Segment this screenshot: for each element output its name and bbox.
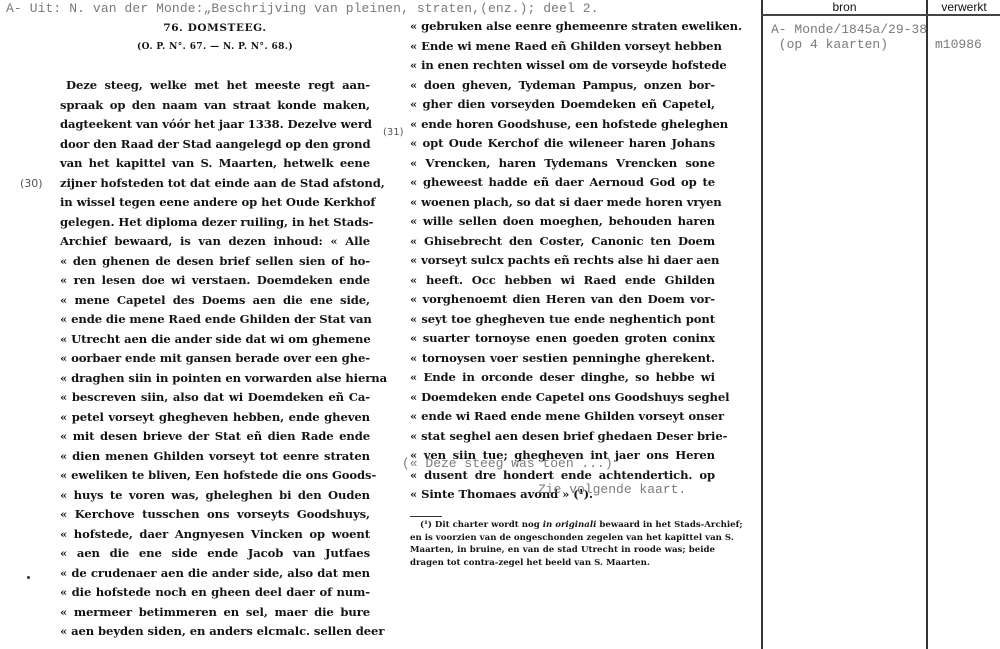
text-line: in wissel tegen eene andere op het Oude … [60, 193, 370, 213]
text-line: « aen die ene side ende Jacob van Jutfae… [60, 544, 370, 564]
text-line: « aen beyden siden, en anders elcmalc. s… [60, 622, 370, 642]
text-line: « Doemdeken ende Capetel ons Goodshuys s… [410, 388, 715, 408]
typed-next-card-note: Zie volgende kaart. [538, 482, 686, 497]
article-title: 76. DOMSTEEG. [60, 22, 370, 35]
text-line: « vorghenoemt dien Heren van den Doem vo… [410, 290, 715, 310]
margin-note-page-30: (30) [20, 177, 43, 190]
text-line: « huys te voren was, gheleghen bi den Ou… [60, 486, 370, 506]
footnote-text: (¹) Dit charter wordt nog [420, 520, 543, 530]
article-subtitle: (O. P. N°. 67. — N. P. N°. 68.) [60, 41, 370, 54]
source-citation: A- Uit: N. van der Monde:„Beschrijving v… [6, 1, 599, 16]
text-line: « draghen siin in pointen en vorwarden a… [60, 369, 370, 389]
footnote-divider [410, 516, 442, 517]
text-line: dagteekent van vóór het jaar 1338. Dezel… [60, 115, 370, 135]
text-line: Deze steeg, welke met het meeste regt aa… [60, 76, 370, 96]
text-line: « suarter tornoyse enen goeden groten co… [410, 329, 715, 349]
text-line: van het kapittel van S. Maarten, hetwelk… [60, 154, 370, 174]
text-line: « mene Capetel des Doems aen die ene sid… [60, 291, 370, 311]
margin-note-page-31: (31) [383, 127, 404, 138]
text-line: « Utrecht aen die ander side dat wi om g… [60, 330, 370, 350]
text-line: « die hofstede noch en gheen deel daer o… [60, 583, 370, 603]
text-line: « dien menen Ghilden vorseyt tot eenre s… [60, 447, 370, 467]
table-border-left [761, 0, 763, 649]
column-header-verwerkt: verwerkt [928, 0, 1000, 14]
text-line: « gheweest hadde eñ daer Aernoud God op … [410, 173, 715, 193]
text-line: « in enen rechten wissel om de vorseyde … [410, 56, 715, 76]
column-header-bron: bron [763, 0, 926, 14]
footnote-line: Maarten, in bruine, en van de stad Utrec… [410, 544, 715, 557]
text-line: « den ghenen de desen brief sellen sien … [60, 252, 370, 272]
text-line: gelegen. Het diploma dezer ruiling, in h… [60, 213, 370, 233]
text-line: « de crudenaer aen die ander side, also … [60, 564, 370, 584]
text-line: « doen gheven, Tydeman Pampus, onzen bor… [410, 76, 715, 96]
text-line: « mermeer betimmeren en sel, maer die bu… [60, 603, 370, 623]
text-line: « mit desen brieve der Stat eñ dien Rade… [60, 427, 370, 447]
text-line: « hofstede, daer Angnyesen Vincken op wo… [60, 525, 370, 545]
text-line: « stat seghel aen desen brief ghedaen De… [410, 427, 715, 447]
text-line: zijner hofsteden tot dat einde aan de St… [60, 174, 370, 194]
text-line: « ende die mene Raed ende Ghilden der St… [60, 310, 370, 330]
text-line: Archief bewaard, is van dezen inhoud: « … [60, 232, 370, 252]
text-line: « heeft. Occ hebben wi Raed ende Ghilden [410, 271, 715, 291]
text-line: « Kerchove tusschen ons vorseyts Goodshu… [60, 505, 370, 525]
table-header-divider [761, 14, 1000, 16]
text-line: door den Raad der Stad aangelegd op den … [60, 135, 370, 155]
text-line: « wille sellen doen moeghen, behouden ha… [410, 212, 715, 232]
footnote-text: bewaard in het Stads-Archief; [596, 520, 742, 530]
reference-table: bron verwerkt A- Monde/1845a/29-38 (op 4… [761, 0, 1000, 649]
typed-continuation-note: (« Deze steeg was toen ...) [402, 456, 613, 471]
text-line: « vorseyt sulcx pachts eñ rechts alse hi… [410, 251, 715, 271]
text-line: « ren lesen doe wi verstaen. Doemdeken e… [60, 271, 370, 291]
scan-speck [27, 576, 30, 579]
text-line: « gebruken alse eenre ghemeenre straten … [410, 17, 715, 37]
text-line: « petel vorseyt ghegheven hebben, ende g… [60, 408, 370, 428]
text-line: « Ende in orconde deser dinghe, so hebbe… [410, 368, 715, 388]
text-line: « ende horen Goodshuse, een hofstede ghe… [410, 115, 715, 135]
text-line: « oorbaer ende mit gansen berade over ee… [60, 349, 370, 369]
text-line: « Ghisebrecht den Coster, Canonic ten Do… [410, 232, 715, 252]
text-line: « ende wi Raed ende mene Ghilden vorseyt… [410, 407, 715, 427]
footnote-italic-text: in originali [543, 520, 597, 530]
cell-verwerkt: m10986 [935, 37, 982, 52]
text-line: « woenen plach, so dat si daer mede hore… [410, 193, 715, 213]
right-text-column: « gebruken alse eenre ghemeenre straten … [410, 17, 715, 505]
footnote-line: en is voorzien van de ongeschonden zegel… [410, 532, 715, 545]
footnote: (¹) Dit charter wordt nog in originali b… [410, 519, 715, 569]
table-column-divider [926, 0, 928, 649]
text-line: « bescreven siin, also dat wi Doemdeken … [60, 388, 370, 408]
footnote-line: dragen tot contra-zegel het beeld van S.… [410, 557, 715, 570]
text-line: « seyt toe ghegheven tue ende neghentich… [410, 310, 715, 330]
cell-bron: A- Monde/1845a/29-38 (op 4 kaarten) [771, 22, 927, 52]
text-line: « opt Oude Kerchof die wileneer haren Jo… [410, 134, 715, 154]
text-line: « tornoysen voer sestien penninghe ghere… [410, 349, 715, 369]
text-line: « Vrencken, haren Tydemans Vrencken sone [410, 154, 715, 174]
left-text-column: 76. DOMSTEEG. (O. P. N°. 67. — N. P. N°.… [60, 22, 370, 642]
footnote-line: (¹) Dit charter wordt nog in originali b… [410, 519, 715, 532]
text-line: spraak op den naam van straat konde make… [60, 96, 370, 116]
text-line: « eweliken te bliven, Een hofstede die o… [60, 466, 370, 486]
text-line: « Ende wi mene Raed eñ Ghilden vorseyt h… [410, 37, 715, 57]
text-line: « gher dien vorseyden Doemdeken eñ Capet… [410, 95, 715, 115]
